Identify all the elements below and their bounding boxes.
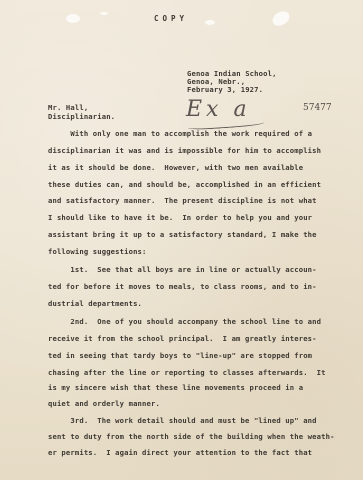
body-line: these duties can, and should be, accompl… [48,181,321,188]
body-line: With only one man to accomplish the work… [48,130,312,137]
body-line: disciplinarian it was and is impossible … [48,147,321,154]
paper-damage-speck [205,20,215,25]
recipient-name: Mr. Hall, [48,104,88,111]
handwritten-exhibit-mark: Ex a [186,97,251,122]
body-line: 2nd. One of you should accompany the sch… [48,318,321,325]
body-line: it as it should be done. However, with t… [48,164,303,171]
body-line: and satisfactory manner. The present dis… [48,197,317,204]
body-line: I should like to have it be. In order to… [48,214,312,221]
recipient-title: Disciplinarian. [48,113,115,120]
body-line: ted for before it moves to meals, to cla… [48,283,317,290]
body-line: assistant bring it up to a satisfactory … [48,231,317,238]
copy-header: COPY [154,15,188,23]
body-line: chasing after the line or reporting to c… [48,369,326,376]
body-line: following suggestions: [48,248,147,255]
body-line: 3rd. The work detail should and must be … [48,417,317,424]
paper-damage-speck [100,12,108,15]
paper-damage-speck [66,14,80,23]
body-line: quiet and orderly manner. [48,400,160,407]
body-line: ted in seeing that tardy boys to "line-u… [48,352,312,359]
body-line: receive it from the school principal. I … [48,335,317,342]
date-line: February 3, 1927. [187,86,263,93]
body-line: is my sincere wish that these line movem… [48,384,303,391]
body-line: 1st. See that all boys are in line or ac… [48,266,317,273]
body-line: er permits. I again direct your attentio… [48,449,312,456]
paper-damage-speck [270,8,292,28]
document-page: COPY Genoa Indian School, Genoa, Nebr., … [0,0,363,480]
body-line: dustrial departments. [48,300,142,307]
document-number: 57477 [303,103,332,113]
body-line: sent to duty from the north side of the … [48,433,335,440]
